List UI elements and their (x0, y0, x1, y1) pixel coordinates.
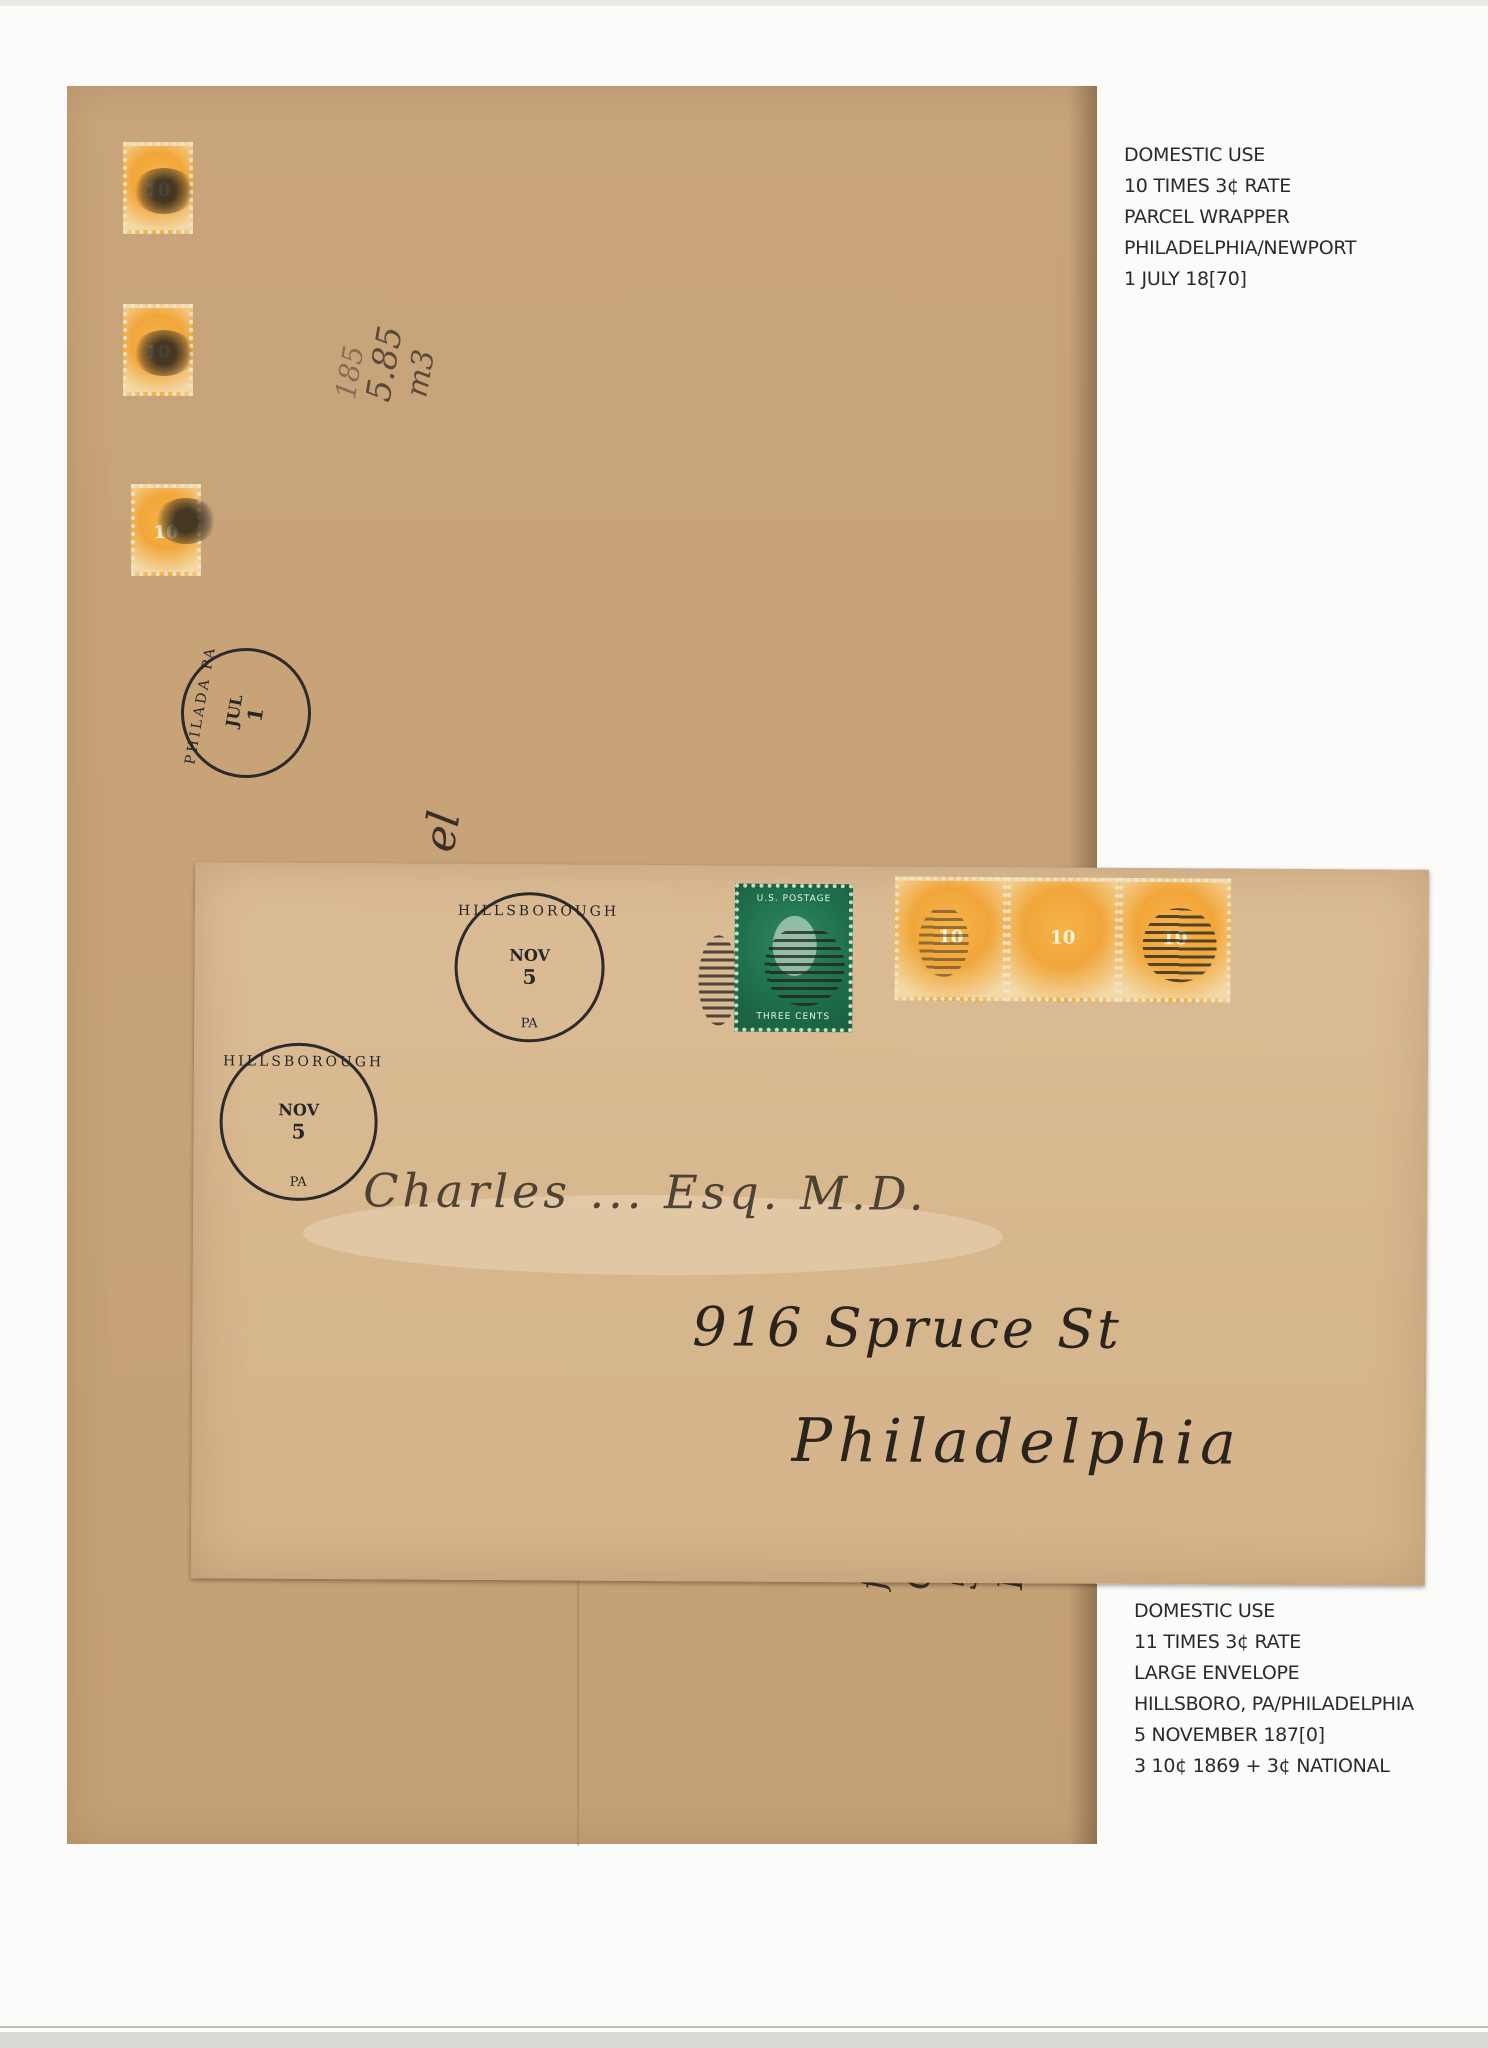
page-bottom-edge-line (0, 2026, 1488, 2028)
postmark-month: NOV (458, 945, 602, 965)
stamp-value: 10 (1011, 927, 1115, 949)
stamp-top-text: U.S. POSTAGE (739, 894, 849, 905)
caption-line: LARGE ENVELOPE (1134, 1658, 1414, 1689)
orange-stamp-1: 10 (123, 142, 193, 234)
postmark-city: HILLSBOROUGH (223, 1053, 375, 1070)
wrapper-caption: DOMESTIC USE 10 TIMES 3¢ RATE PARCEL WRA… (1124, 140, 1356, 295)
grid-cancel (1142, 908, 1216, 982)
postmark-month: NOV (223, 1100, 375, 1120)
postmark-state: PA (222, 1174, 374, 1190)
page-bottom-edge (0, 2032, 1488, 2048)
philadelphia-postmark: PHILADA PA JUL 1 (171, 638, 322, 789)
caption-line: 3 10¢ 1869 + 3¢ NATIONAL (1134, 1751, 1414, 1782)
script-fragment: el (413, 807, 470, 855)
hillsborough-postmark-left: HILLSBOROUGH NOV 5 PA (219, 1042, 378, 1201)
cancel-blot (133, 168, 195, 214)
caption-line: 1 JULY 18[70] (1124, 264, 1356, 295)
cancel-blot (155, 498, 217, 544)
orange-stamp-2: 10 (123, 304, 193, 396)
postmark-day: 5 (457, 964, 601, 989)
caption-line: 10 TIMES 3¢ RATE (1124, 171, 1356, 202)
hillsborough-postmark-right: HILLSBOROUGH NOV 5 PA (454, 892, 605, 1043)
envelope-caption: DOMESTIC USE 11 TIMES 3¢ RATE LARGE ENVE… (1134, 1596, 1414, 1782)
caption-line: HILLSBORO, PA/PHILADELPHIA (1134, 1689, 1414, 1720)
stamp-bottom-text: THREE CENTS (738, 1012, 848, 1023)
address-line-name: Charles ... Esq. M.D. (363, 1163, 928, 1220)
postmark-day: 5 (222, 1119, 374, 1144)
caption-line: DOMESTIC USE (1134, 1596, 1414, 1627)
address-line-street: 916 Spruce St (692, 1295, 1122, 1361)
grid-cancel (698, 935, 739, 1025)
grid-cancel (919, 907, 969, 977)
caption-line: DOMESTIC USE (1124, 140, 1356, 171)
orange-10c-stamp-2: 10 (1006, 877, 1119, 1002)
large-envelope: HILLSBOROUGH NOV 5 PA HILLSBOROUGH NOV 5… (191, 862, 1429, 1586)
postmark-city: PHILADA PA (182, 643, 219, 768)
postmark-state: PA (457, 1016, 601, 1032)
caption-line: PHILADELPHIA/NEWPORT (1124, 233, 1356, 264)
cancel-blot (133, 330, 195, 376)
grid-cancel (764, 926, 844, 1006)
address-line-city: Philadelphia (791, 1406, 1242, 1479)
caption-line: 11 TIMES 3¢ RATE (1134, 1627, 1414, 1658)
pencil-note-2: m3 (399, 347, 442, 400)
caption-line: PARCEL WRAPPER (1124, 202, 1356, 233)
postmark-city: HILLSBOROUGH (458, 903, 602, 920)
orange-stamp-3: 10 (131, 484, 201, 576)
page-top-edge (0, 0, 1488, 6)
caption-line: 5 NOVEMBER 187[0] (1134, 1720, 1414, 1751)
